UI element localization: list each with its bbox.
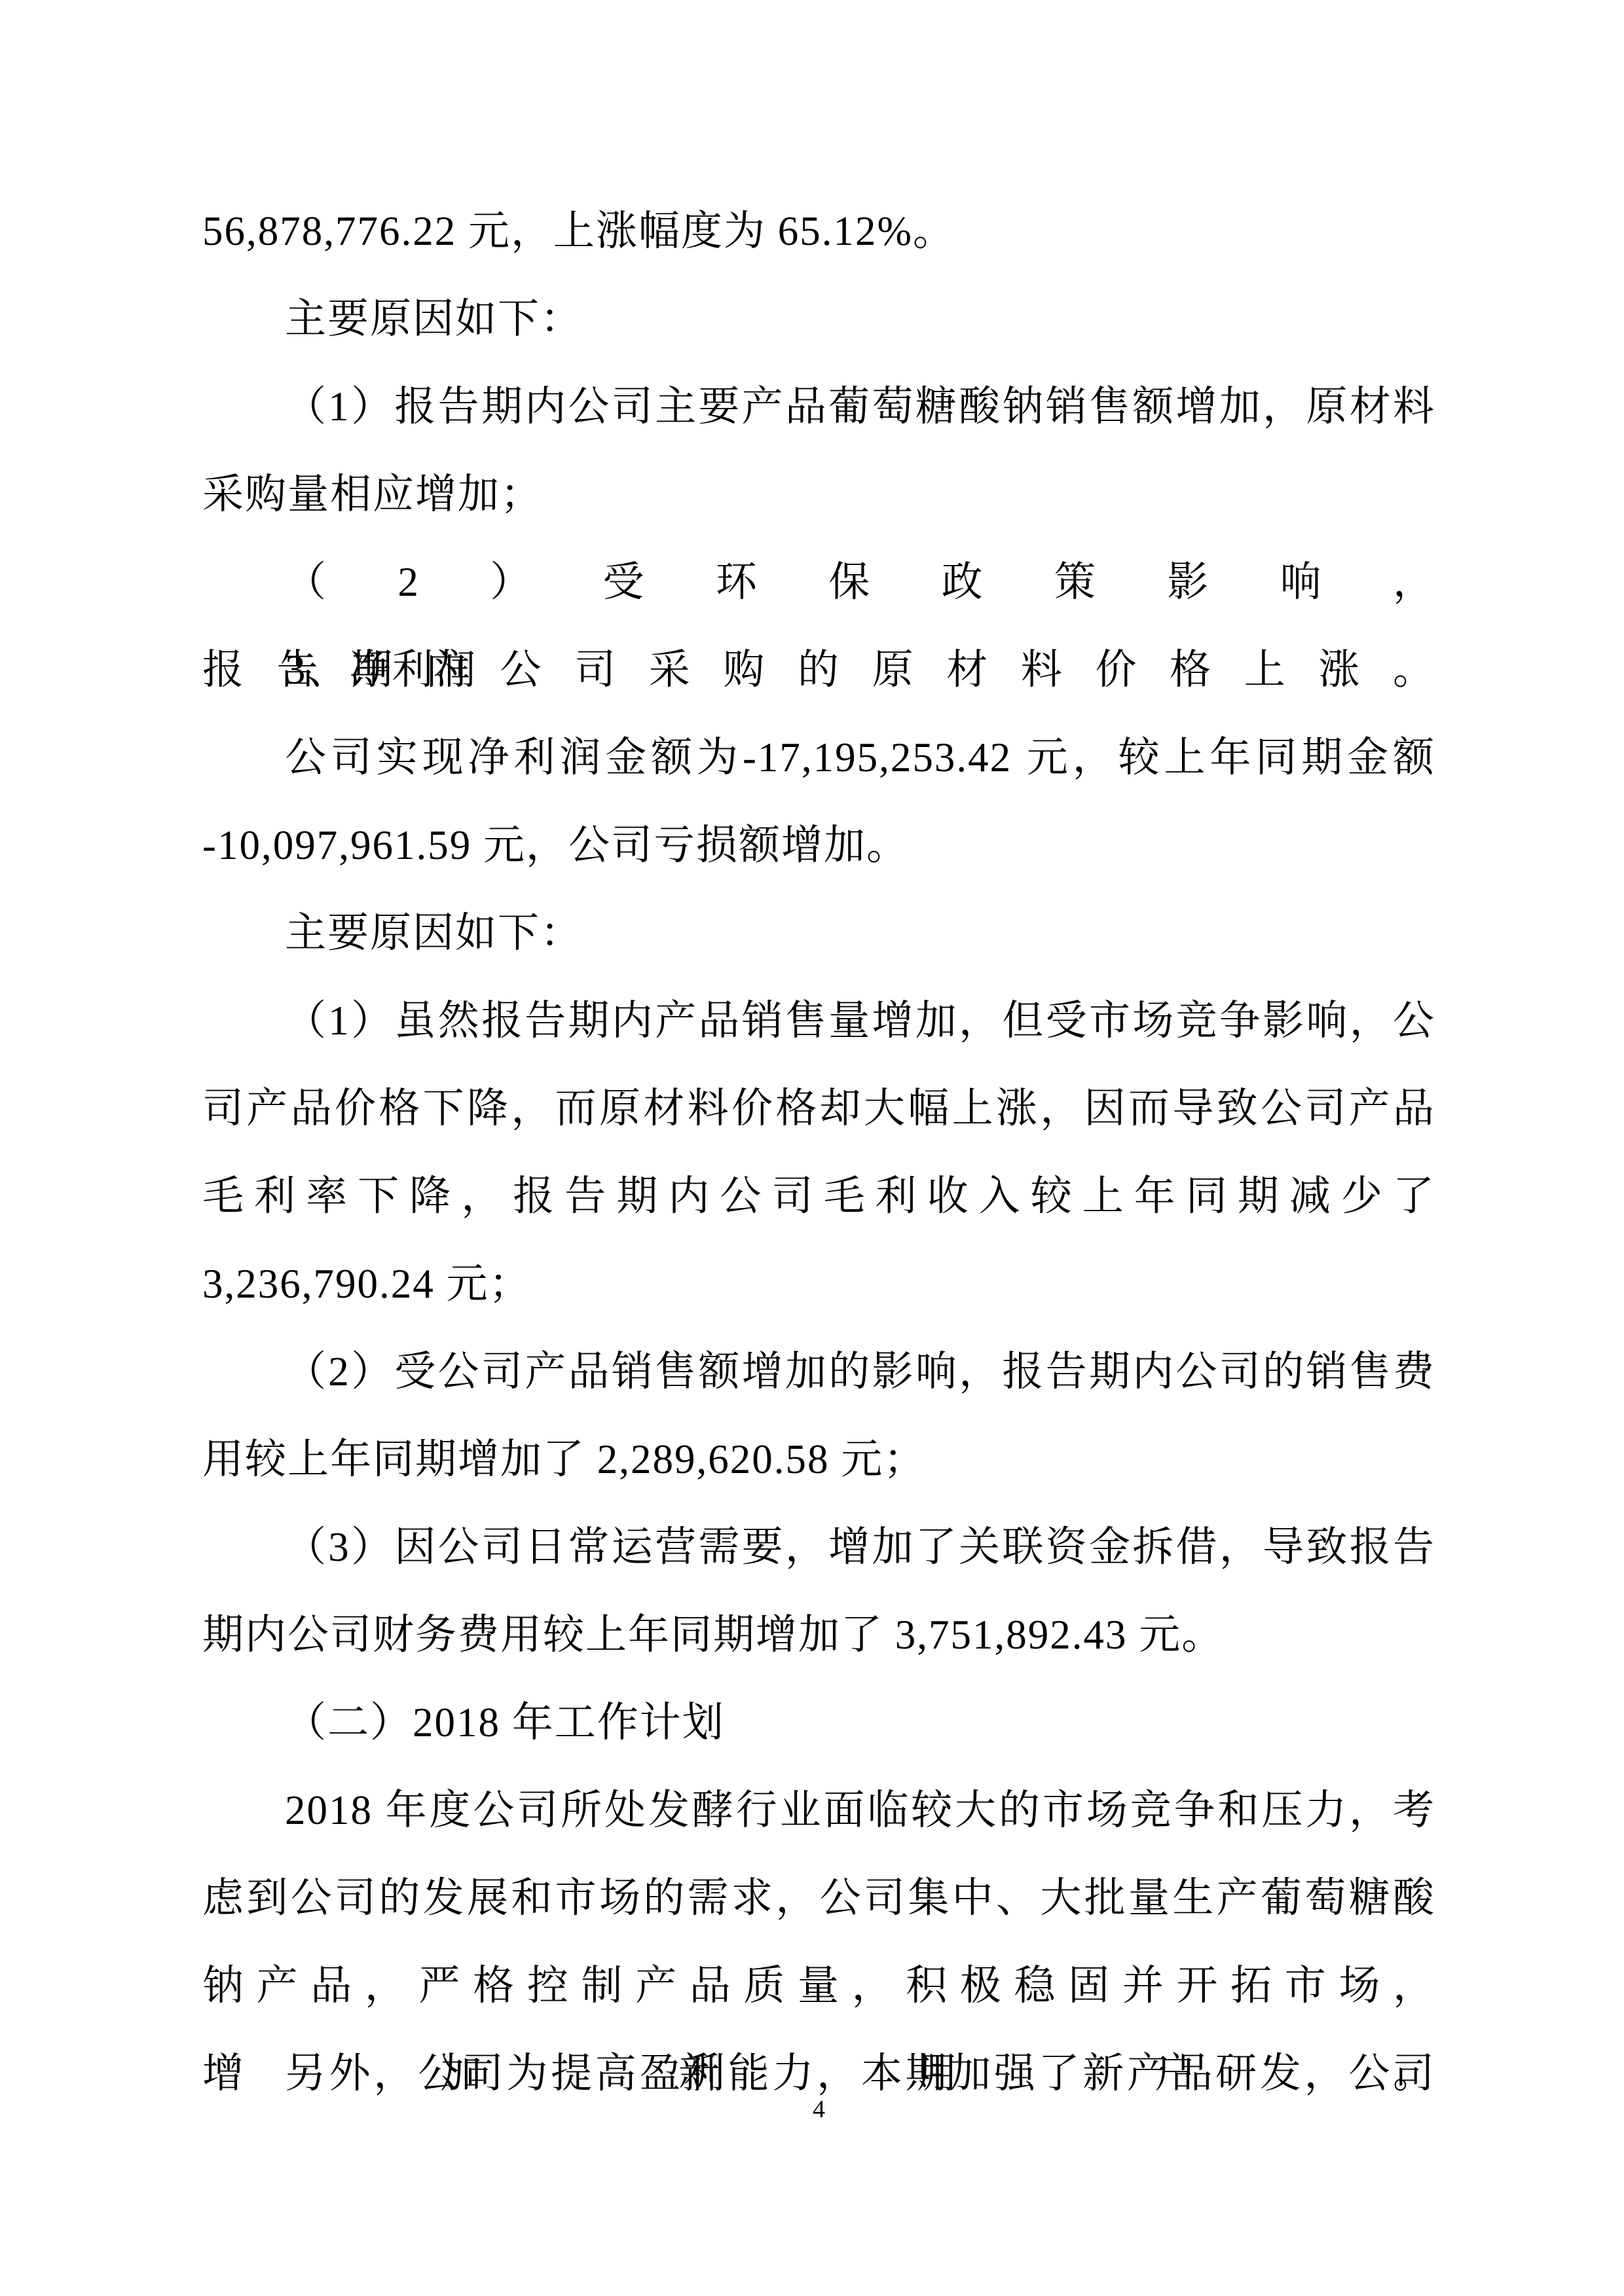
text-line: （二）2018 年工作计划 (202, 1679, 1435, 1766)
text-line: 用较上年同期增加了 2,289,620.58 元； (202, 1415, 1435, 1503)
page-body: 56,878,776.22 元，上涨幅度为 65.12%。 主要原因如下： （1… (202, 187, 1435, 2117)
text-line: 期内公司财务费用较上年同期增加了 3,751,892.43 元。 (202, 1591, 1435, 1679)
text-line: （2）受公司产品销售额增加的影响，报告期内公司的销售费 (202, 1328, 1435, 1415)
text-line: 2018 年度公司所处发酵行业面临较大的市场竞争和压力，考 (202, 1766, 1435, 1854)
text-line: 采购量相应增加； (202, 450, 1435, 538)
text-line: （1）虽然报告期内产品销售量增加，但受市场竞争影响，公 (202, 977, 1435, 1065)
text-line: 主要原因如下： (202, 275, 1435, 363)
text-line: 3,236,790.24 元； (202, 1240, 1435, 1328)
text-line: 毛利率下降，报告期内公司毛利收入较上年同期减少了 (202, 1152, 1435, 1240)
text-line: 公司实现净利润金额为-17,195,253.42 元，较上年同期金额 (202, 714, 1435, 801)
text-line: 钠产品，严格控制产品质量，积极稳固并开拓市场，增加新用户。 (202, 1942, 1435, 2030)
text-line: 56,878,776.22 元，上涨幅度为 65.12%。 (202, 187, 1435, 275)
text-line: 主要原因如下： (202, 889, 1435, 977)
text-line: -10,097,961.59 元，公司亏损额增加。 (202, 801, 1435, 889)
report-page: 56,878,776.22 元，上涨幅度为 65.12%。 主要原因如下： （1… (0, 0, 1624, 2296)
page-number: 4 (813, 2094, 825, 2125)
text-line: （2）受环保政策影响，报告期内公司采购的原材料价格上涨。 (202, 538, 1435, 626)
text-line: 虑到公司的发展和市场的需求，公司集中、大批量生产葡萄糖酸 (202, 1854, 1435, 1942)
page-footer: 4 (202, 2094, 1435, 2125)
text-line: （3）因公司日常运营需要，增加了关联资金拆借，导致报告 (202, 1503, 1435, 1591)
text-line: 司产品价格下降，而原材料价格却大幅上涨，因而导致公司产品 (202, 1065, 1435, 1152)
text-line: （1）报告期内公司主要产品葡萄糖酸钠销售额增加，原材料 (202, 363, 1435, 450)
